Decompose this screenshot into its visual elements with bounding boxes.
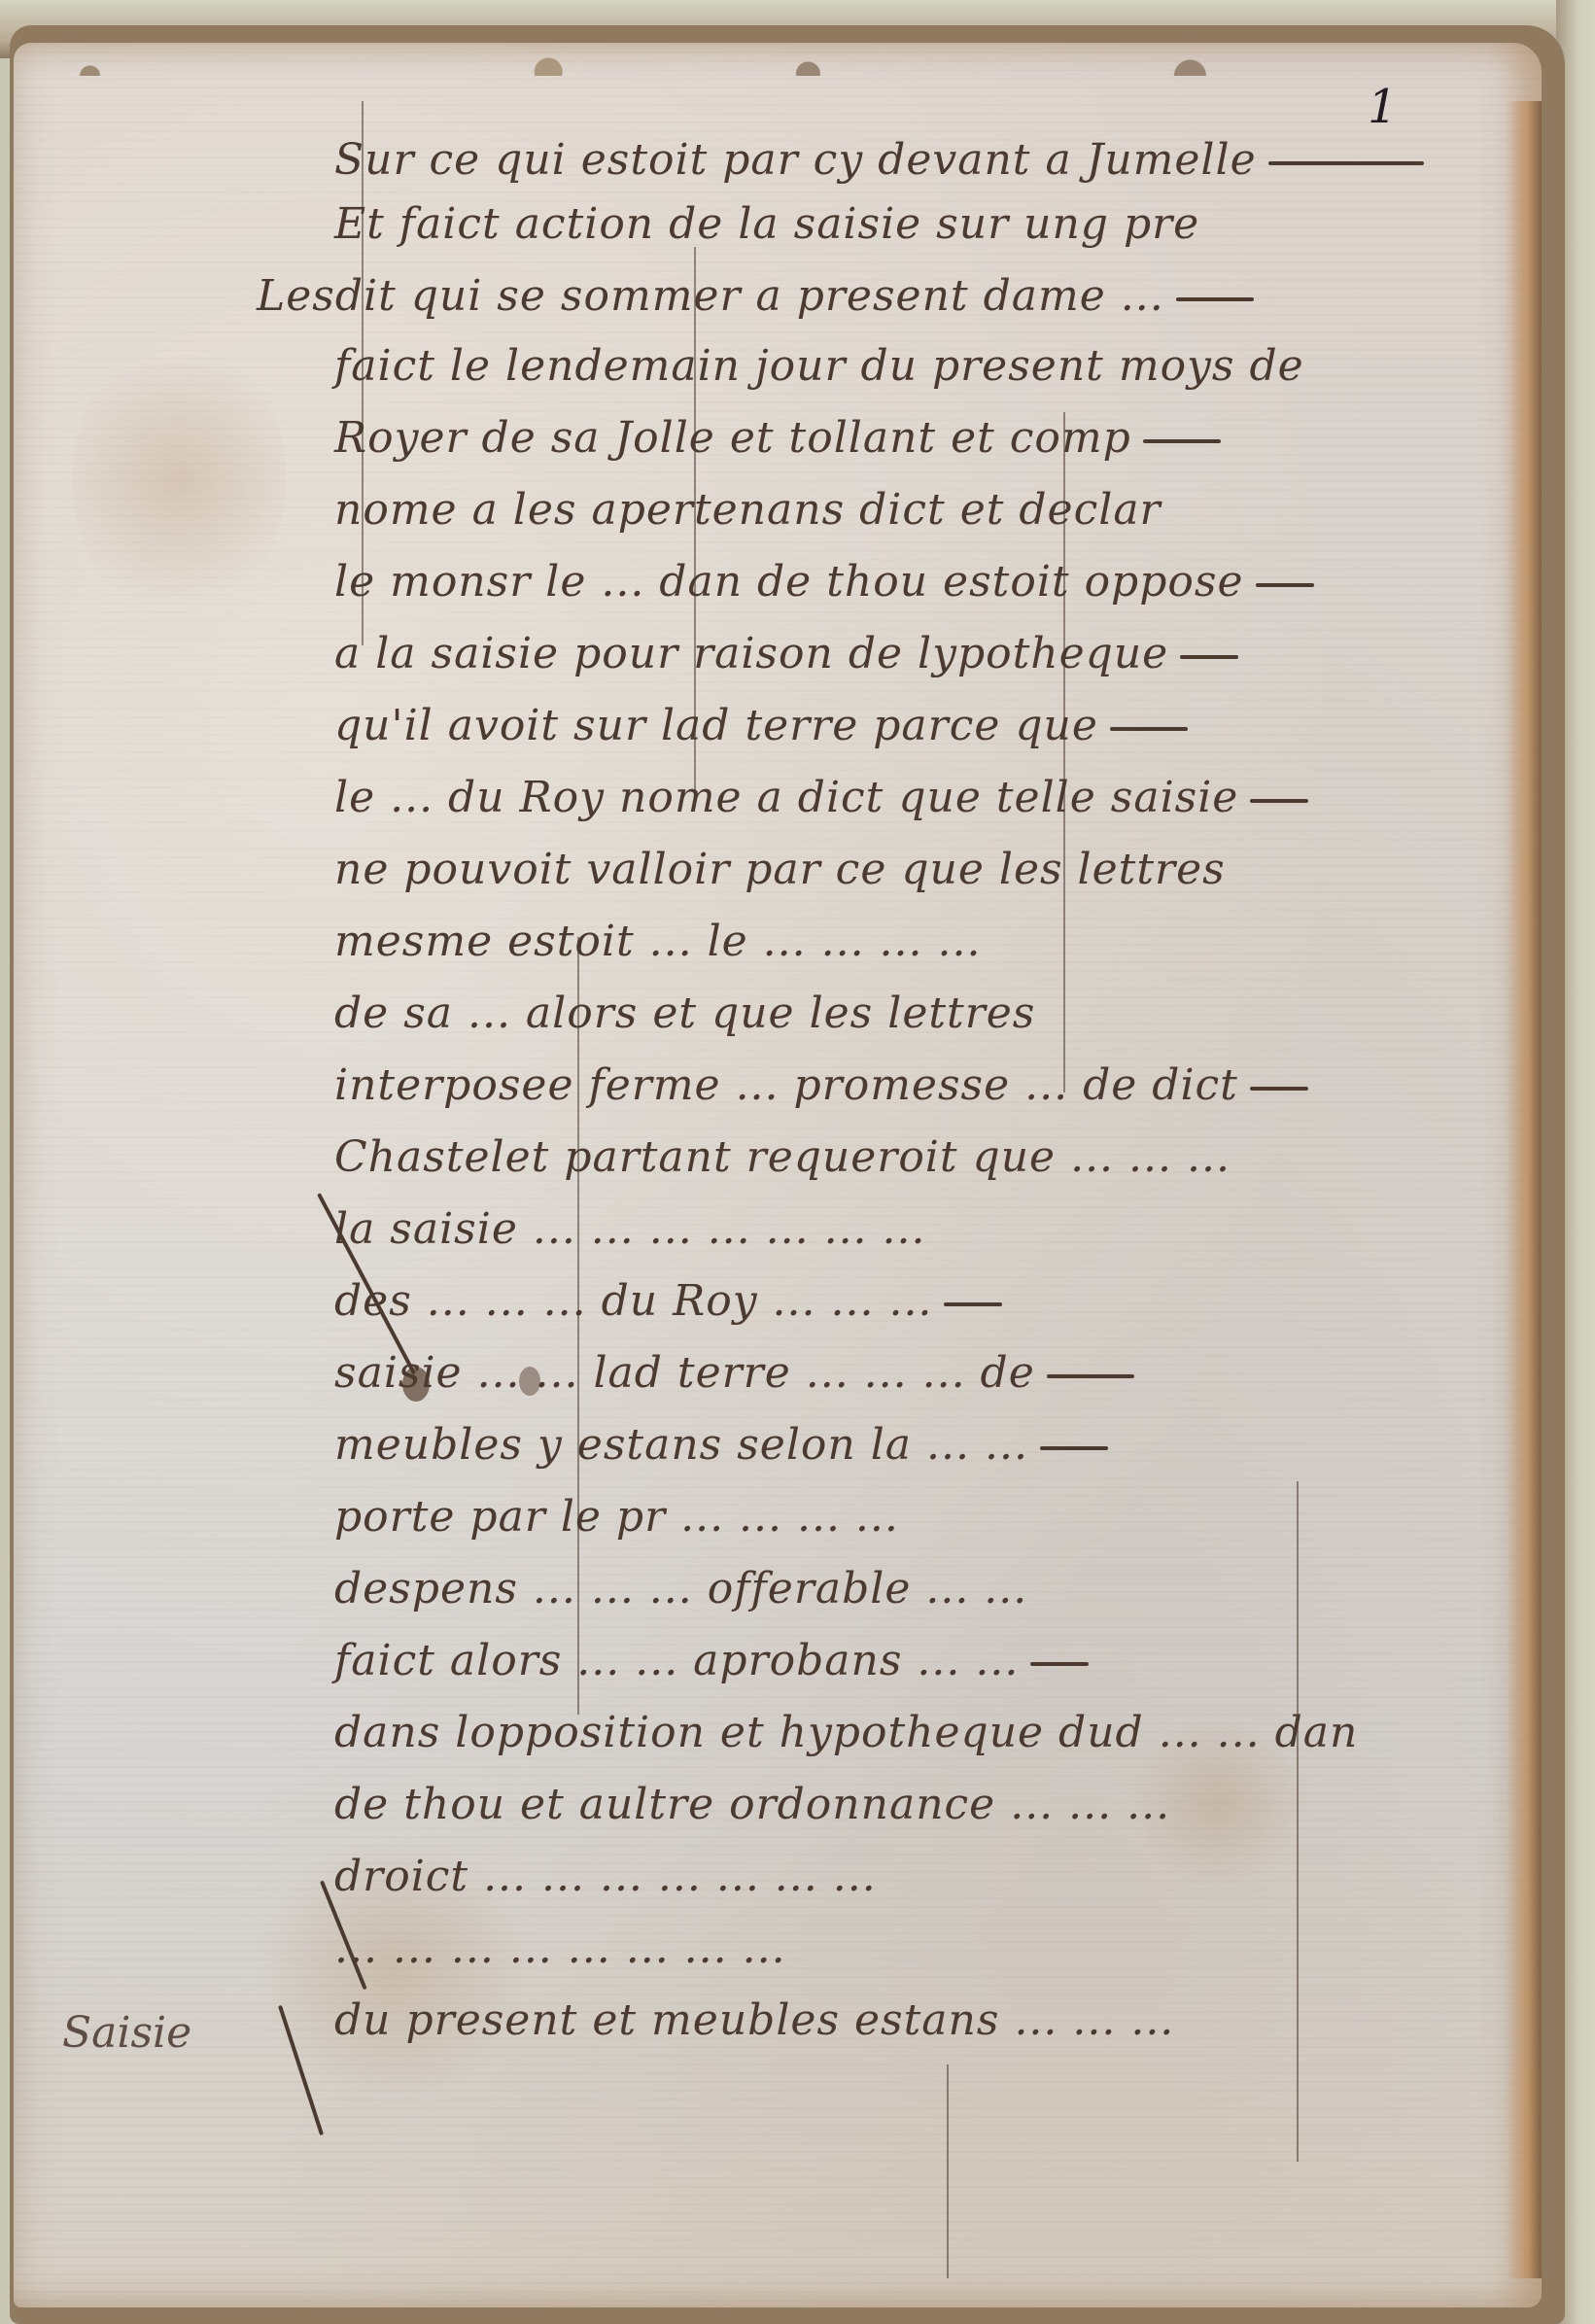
text-line: des ... ... ... du Roy ... ... ... xyxy=(334,1276,1002,1326)
text-line: droict ... ... ... ... ... ... ... xyxy=(334,1852,877,1901)
text-line: le monsr le ... dan de thou estoit oppos… xyxy=(334,557,1314,607)
text-line: nome a les apertenans dict et declar xyxy=(334,485,1162,535)
text-line: saisie ... ... lad terre ... ... ... de xyxy=(334,1348,1134,1398)
paper-stain xyxy=(72,334,286,626)
text-line: dans lopposition et hypotheque dud ... .… xyxy=(334,1708,1358,1757)
text-line: Et faict action de la saisie sur ung pre xyxy=(334,199,1199,249)
text-line: porte par le pr ... ... ... ... xyxy=(334,1492,899,1542)
text-line: interposee ferme ... promesse ... de dic… xyxy=(334,1060,1308,1110)
manuscript-page: 1 Saisie Sur ce qui estoit par cy devant… xyxy=(14,43,1542,2307)
text-line: qu'il avoit sur lad terre parce que xyxy=(334,701,1188,750)
descender-stroke xyxy=(947,2064,949,2278)
text-line: despens ... ... ... offerable ... ... xyxy=(334,1564,1027,1613)
torn-top-edge xyxy=(14,37,1542,76)
text-line: Royer de sa Jolle et tollant et comp xyxy=(334,413,1221,463)
text-line: ... ... ... ... ... ... ... ... xyxy=(334,1924,786,1973)
text-line: a la saisie pour raison de lypotheque xyxy=(334,629,1238,678)
text-line: de sa ... alors et que les lettres xyxy=(334,989,1035,1038)
text-line: ne pouvoit valloir par ce que les lettre… xyxy=(334,845,1226,894)
descender-stroke xyxy=(1297,1481,1299,2162)
folio-number: 1 xyxy=(1368,80,1398,134)
text-line: Chastelet partant requeroit que ... ... … xyxy=(334,1132,1231,1182)
stained-right-edge xyxy=(1507,101,1542,2278)
text-line: de thou et aultre ordonnance ... ... ... xyxy=(334,1780,1170,1829)
margin-note-saisie: Saisie xyxy=(62,2008,191,2058)
text-line: la saisie ... ... ... ... ... ... ... xyxy=(334,1204,925,1254)
text-line: Sur ce qui estoit par cy devant a Jumell… xyxy=(334,135,1424,185)
text-line: mesme estoit ... le ... ... ... ... xyxy=(334,917,981,966)
text-line: faict alors ... ... aprobans ... ... xyxy=(334,1636,1089,1685)
text-line: du present et meubles estans ... ... ... xyxy=(334,1995,1174,2045)
text-line: Lesdit qui se sommer a present dame ... xyxy=(257,271,1254,321)
text-line: meubles y estans selon la ... ... xyxy=(334,1420,1108,1470)
text-line: faict le lendemain jour du present moys … xyxy=(334,341,1304,391)
text-line: le ... du Roy nome a dict que telle sais… xyxy=(334,773,1308,822)
